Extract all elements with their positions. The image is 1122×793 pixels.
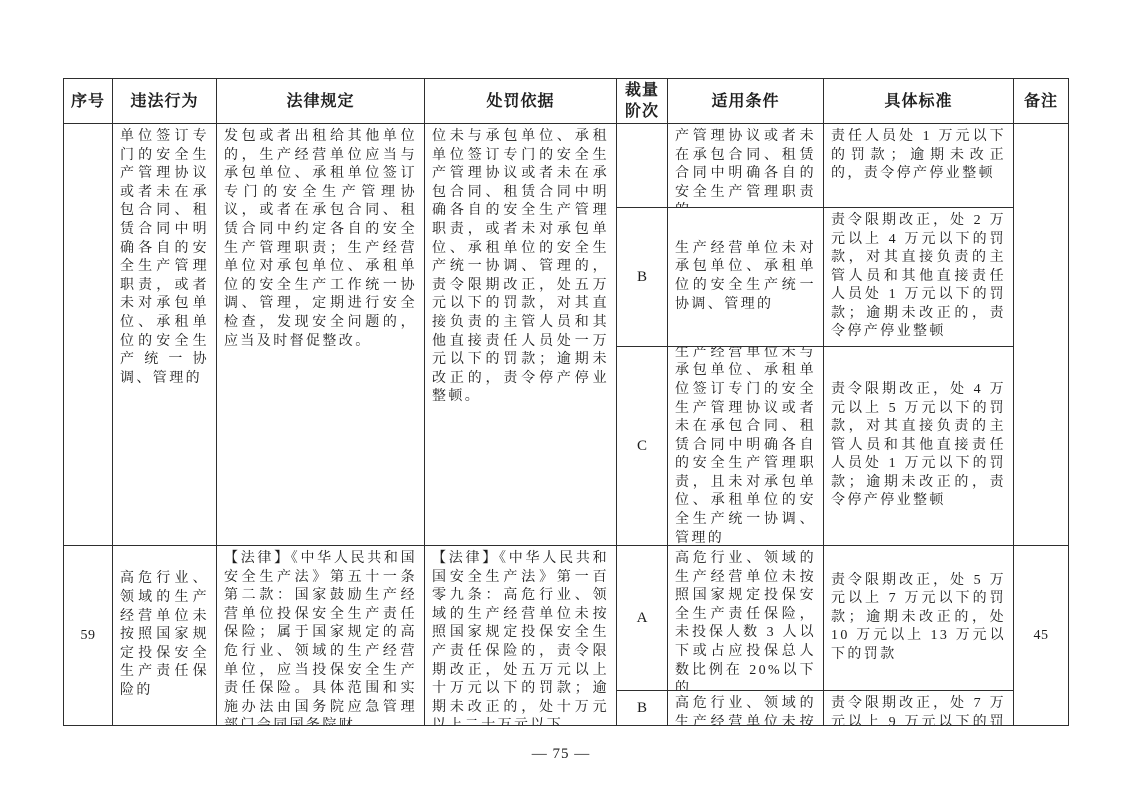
row59-tierB-condition-text: 高危行业、领域的生产经营单位未按照 — [668, 691, 823, 726]
row59-tierB-standard-cell: 责令限期改正，处 7 万元以上 9 万元以下的罚款； — [824, 691, 1014, 726]
row59-legal-provision-cell: 【法律】《中华人民共和国安全生产法》第五十一条第二款：国家鼓励生产经营单位投保安… — [217, 546, 425, 726]
header-legal-provision: 法律规定 — [217, 79, 425, 124]
row1-serial-cell — [64, 124, 113, 546]
row59-legal-provision-text: 【法律】《中华人民共和国安全生产法》第五十一条第二款：国家鼓励生产经营单位投保安… — [217, 546, 424, 726]
header-remark: 备注 — [1014, 79, 1069, 124]
row59-tierB-level: B — [617, 691, 668, 726]
row1-tier3-standard-cell: 责令限期改正，处 4 万元以上 5 万元以下的罚款，对其直接负责的主管人员和其他… — [824, 347, 1014, 546]
row1-penalty-basis-text: 位未与承包单位、承租单位签订专门的安全生产管理协议或者未在承包合同、租赁合同中明… — [425, 124, 616, 411]
row59-tierA-standard-cell: 责令限期改正，处 5 万元以上 7 万元以下的罚款；逾期未改正的，处 10 万元… — [824, 546, 1014, 691]
row59-violation-text: 高危行业、领域的生产经营单位未按照国家规定投保安全生产责任保险的 — [113, 566, 216, 704]
row1-tier2-standard-text: 责令限期改正，处 2 万元以上 4 万元以下的罚款，对其直接负责的主管人员和其他… — [824, 208, 1013, 346]
header-penalty-basis: 处罚依据 — [425, 79, 617, 124]
row59-tierA-condition-text: 高危行业、领域的生产经营单位未按照国家规定投保安全生产责任保险，未投保人数 3 … — [668, 546, 823, 691]
row59-violation-cell: 高危行业、领域的生产经营单位未按照国家规定投保安全生产责任保险的 — [113, 546, 217, 726]
row1-tier1-condition-cell: 产管理协议或者未在承包合同、租赁合同中明确各自的安全生产管理职责的 — [668, 124, 824, 208]
page-number: — 75 — — [0, 746, 1122, 763]
row59-serial-cell: 59 — [64, 546, 113, 726]
row1-violation-text: 单位签订专门的安全生产管理协议或者未在承包合同、租赁合同中明确各自的安全生产管理… — [113, 124, 216, 392]
row1-tier2-condition-text: 生产经营单位未对承包单位、承租单位的安全生产统一协调、管理的 — [668, 236, 823, 318]
row1-tier2-level: B — [617, 208, 668, 347]
row59-remark-cell: 45 — [1014, 546, 1069, 726]
row1-tier1-standard-text: 责任人员处 1 万元以下的罚款；逾期未改正的，责令停产停业整顿 — [824, 124, 1013, 188]
row1-violation-cell: 单位签订专门的安全生产管理协议或者未在承包合同、租赁合同中明确各自的安全生产管理… — [113, 124, 217, 546]
row1-tier3-standard-text: 责令限期改正，处 4 万元以上 5 万元以下的罚款，对其直接负责的主管人员和其他… — [824, 377, 1013, 515]
row59-tierA-condition-cell: 高危行业、领域的生产经营单位未按照国家规定投保安全生产责任保险，未投保人数 3 … — [668, 546, 824, 691]
row59-penalty-basis-text: 【法律】《中华人民共和国安全生产法》第一百零九条：高危行业、领域的生产经营单位未… — [425, 546, 616, 726]
row1-penalty-basis-cell: 位未与承包单位、承租单位签订专门的安全生产管理协议或者未在承包合同、租赁合同中明… — [425, 124, 617, 546]
row59-tierB-condition-cell: 高危行业、领域的生产经营单位未按照 — [668, 691, 824, 726]
row1-tier3-level: C — [617, 347, 668, 546]
row59-tierA-level: A — [617, 546, 668, 691]
header-serial: 序号 — [64, 79, 113, 124]
row1-remark-cell — [1014, 124, 1069, 546]
header-applicable-condition: 适用条件 — [668, 79, 824, 124]
penalty-discretion-table: 序号 违法行为 法律规定 处罚依据 裁量阶次 适用条件 具体标准 备注 单位签订… — [63, 78, 1069, 726]
row1-tier1-condition-text: 产管理协议或者未在承包合同、租赁合同中明确各自的安全生产管理职责的 — [668, 124, 823, 208]
row1-tier3-condition-cell: 生产经营单位未与承包单位、承租单位签订专门的安全生产管理协议或者未在承包合同、租… — [668, 347, 824, 546]
row59-tierB-standard-text: 责令限期改正，处 7 万元以上 9 万元以下的罚款； — [824, 691, 1013, 726]
row1-tier2-condition-cell: 生产经营单位未对承包单位、承租单位的安全生产统一协调、管理的 — [668, 208, 824, 347]
header-discretion-tier: 裁量阶次 — [617, 79, 668, 124]
header-specific-standard: 具体标准 — [824, 79, 1014, 124]
row1-legal-provision-text: 发包或者出租给其他单位的，生产经营单位应当与承包单位、承租单位签订专门的安全生产… — [217, 124, 424, 355]
row1-legal-provision-cell: 发包或者出租给其他单位的，生产经营单位应当与承包单位、承租单位签订专门的安全生产… — [217, 124, 425, 546]
row1-tier1-standard-cell: 责任人员处 1 万元以下的罚款；逾期未改正的，责令停产停业整顿 — [824, 124, 1014, 208]
row1-tier3-condition-text: 生产经营单位未与承包单位、承租单位签订专门的安全生产管理协议或者未在承包合同、租… — [668, 347, 823, 546]
row59-penalty-basis-cell: 【法律】《中华人民共和国安全生产法》第一百零九条：高危行业、领域的生产经营单位未… — [425, 546, 617, 726]
row1-tier1-level — [617, 124, 668, 208]
row59-tierA-standard-text: 责令限期改正，处 5 万元以上 7 万元以下的罚款；逾期未改正的，处 10 万元… — [824, 568, 1013, 669]
header-violation: 违法行为 — [113, 79, 217, 124]
row1-tier2-standard-cell: 责令限期改正，处 2 万元以上 4 万元以下的罚款，对其直接负责的主管人员和其他… — [824, 208, 1014, 347]
